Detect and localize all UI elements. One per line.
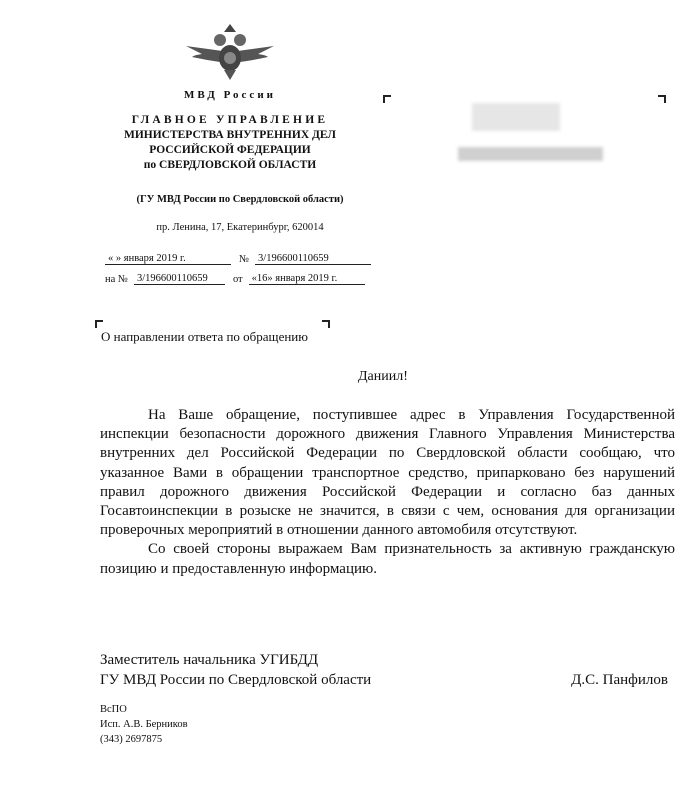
letterhead-line: МИНИСТЕРСТВА ВНУТРЕННИХ ДЕЛ — [100, 128, 360, 143]
signer-name: Д.С. Панфилов — [571, 670, 668, 690]
outgoing-number-field: 3/196600110659 — [255, 253, 371, 265]
registration-row-reference: на № 3/196600110659 от «16» января 2019 … — [105, 273, 365, 285]
letterhead-line: по СВЕРДЛОВСКОЙ ОБЛАСТИ — [100, 158, 360, 173]
letterhead-org-name: ГЛАВНОЕ УПРАВЛЕНИЕ МИНИСТЕРСТВА ВНУТРЕНН… — [100, 113, 360, 173]
executor-block: ВсПО Исп. А.В. Берников (343) 2697875 — [100, 702, 188, 747]
subject-bracket-left-icon — [95, 320, 103, 328]
registration-row-outgoing: « » января 2019 г. № 3/196600110659 — [105, 253, 371, 265]
mvd-emblem-icon — [180, 22, 280, 82]
executor-phone: (343) 2697875 — [100, 732, 188, 747]
org-abbreviation: (ГУ МВД России по Свердловской области) — [100, 194, 380, 205]
body-paragraph: На Ваше обращение, поступившее адрес в У… — [100, 406, 675, 540]
recipient-address-redacted — [458, 147, 603, 161]
executor-name: Исп. А.В. Берников — [100, 717, 188, 732]
recipient-bracket-left-icon — [383, 95, 391, 103]
ref-number-label: на № — [105, 274, 134, 285]
signature-block: Заместитель начальника УГИБДД ГУ МВД Рос… — [100, 650, 668, 690]
greeting: Даниил! — [358, 369, 408, 385]
signer-position-line1: Заместитель начальника УГИБДД — [100, 650, 668, 670]
ref-date-label: от — [225, 274, 249, 285]
org-short-name: МВД России — [130, 89, 330, 101]
org-address: пр. Ленина, 17, Екатеринбург, 620014 — [100, 222, 380, 233]
letter-body: На Ваше обращение, поступившее адрес в У… — [100, 406, 675, 579]
subject-bracket-right-icon — [322, 320, 330, 328]
letter-subject: О направлении ответа по обращению — [101, 329, 308, 345]
ref-number-field: 3/196600110659 — [134, 273, 225, 285]
recipient-name-redacted — [472, 103, 560, 131]
executor-dept: ВсПО — [100, 702, 188, 717]
recipient-bracket-right-icon — [658, 95, 666, 103]
letterhead-line: РОССИЙСКОЙ ФЕДЕРАЦИИ — [100, 143, 360, 158]
body-paragraph: Со своей стороны выражаем Вам признатель… — [100, 540, 675, 578]
number-label: № — [231, 254, 255, 265]
ref-date-field: «16» января 2019 г. — [249, 273, 365, 285]
signer-position-line2: ГУ МВД России по Свердловской области — [100, 670, 371, 690]
outgoing-date-field: « » января 2019 г. — [105, 253, 231, 265]
letterhead-line: ГЛАВНОЕ УПРАВЛЕНИЕ — [100, 113, 360, 128]
